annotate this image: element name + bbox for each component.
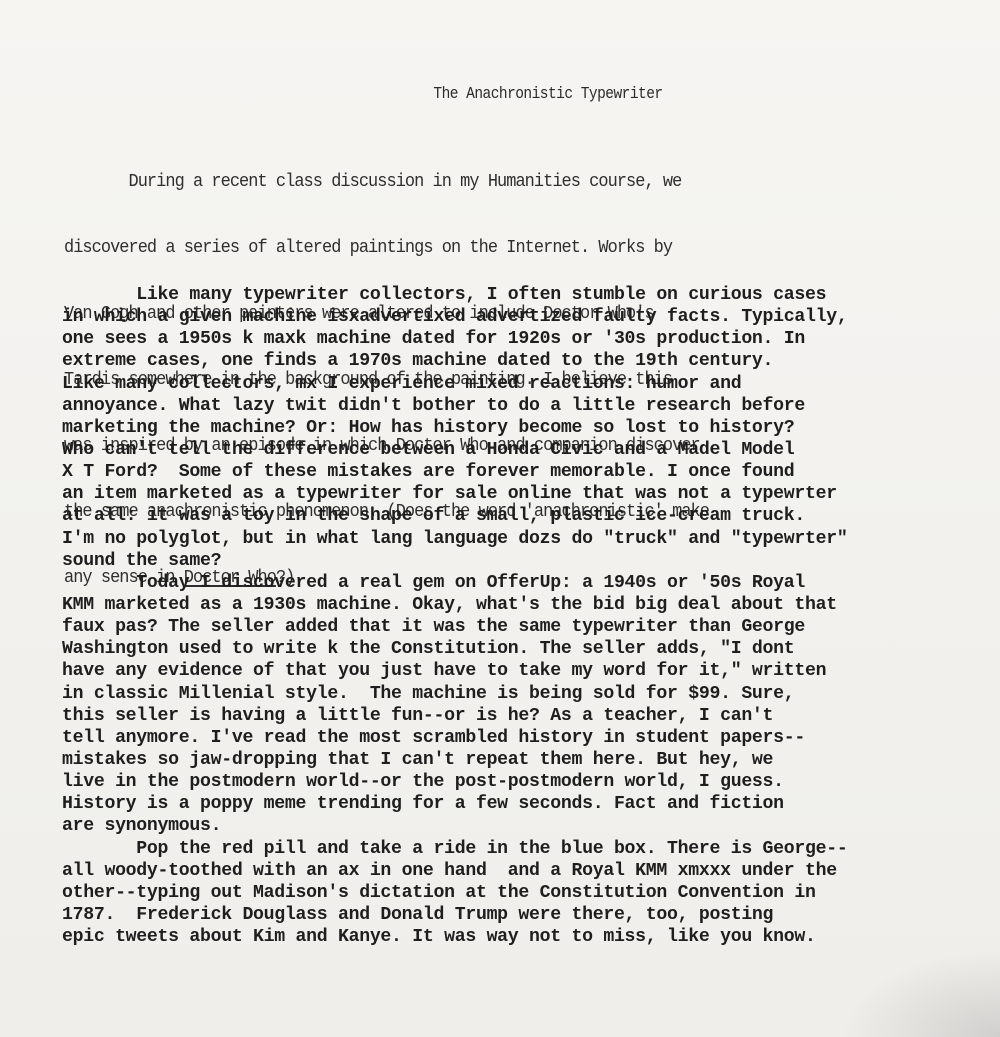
text-line: this seller is having a little fun--or i…: [62, 705, 847, 727]
document-title: The Anachronistic Typewriter: [66, 84, 1000, 103]
text-line: 1787. Frederick Douglass and Donald Trum…: [62, 904, 847, 926]
text-line: mistakes so jaw-dropping that I can't re…: [62, 749, 847, 771]
text-line: KMM marketed as a 1930s machine. Okay, w…: [62, 594, 847, 616]
text-line: are synonymous.: [62, 815, 847, 837]
text-line: X T Ford? Some of these mistakes are for…: [62, 461, 847, 483]
text-line: marketing the machine? Or: How has histo…: [62, 417, 847, 439]
text-line: other--typing out Madison's dictation at…: [62, 882, 847, 904]
typewritten-page: The Anachronistic Typewriter During a re…: [0, 0, 1000, 1037]
text-line: one sees a 1950s k maxk machine dated fo…: [62, 328, 847, 350]
text-line: I'm no polyglot, but in what lang langua…: [62, 528, 847, 550]
text-line: an item marketed as a typewriter for sal…: [62, 483, 847, 505]
text-line: Who can't tell the difference between a …: [62, 439, 847, 461]
text-line: all woody-toothed with an ax in one hand…: [62, 860, 847, 882]
text-line: in which a given machine isxadvertixed a…: [62, 306, 847, 328]
text-line: Like many collectors, mx I experience mi…: [62, 373, 847, 395]
text-line: Pop the red pill and take a ride in the …: [62, 838, 847, 860]
text-line: in classic Millenial style. The machine …: [62, 683, 847, 705]
text-line: During a recent class discussion in my H…: [64, 171, 709, 193]
text-line: extreme cases, one finds a 1970s machine…: [62, 350, 847, 372]
text-line: faux pas? The seller added that it was t…: [62, 616, 847, 638]
text-line: have any evidence of that you just have …: [62, 660, 847, 682]
text-line: sound the same?: [62, 550, 847, 572]
text-line: at all: it was a toy in the shape of a s…: [62, 505, 847, 527]
text-line: epic tweets about Kim and Kanye. It was …: [62, 926, 847, 948]
text-line: Like many typewriter collectors, I often…: [62, 284, 847, 306]
text-line: tell anymore. I've read the most scrambl…: [62, 727, 847, 749]
text-line: History is a poppy meme trending for a f…: [62, 793, 847, 815]
body-text: Like many typewriter collectors, I often…: [62, 284, 847, 948]
text-line: Today I discovered a real gem on OfferUp…: [62, 572, 847, 594]
text-line: live in the postmodern world--or the pos…: [62, 771, 847, 793]
text-line: annoyance. What lazy twit didn't bother …: [62, 395, 847, 417]
text-line: discovered a series of altered paintings…: [64, 237, 709, 259]
text-line: Washington used to write k the Constitut…: [62, 638, 847, 660]
